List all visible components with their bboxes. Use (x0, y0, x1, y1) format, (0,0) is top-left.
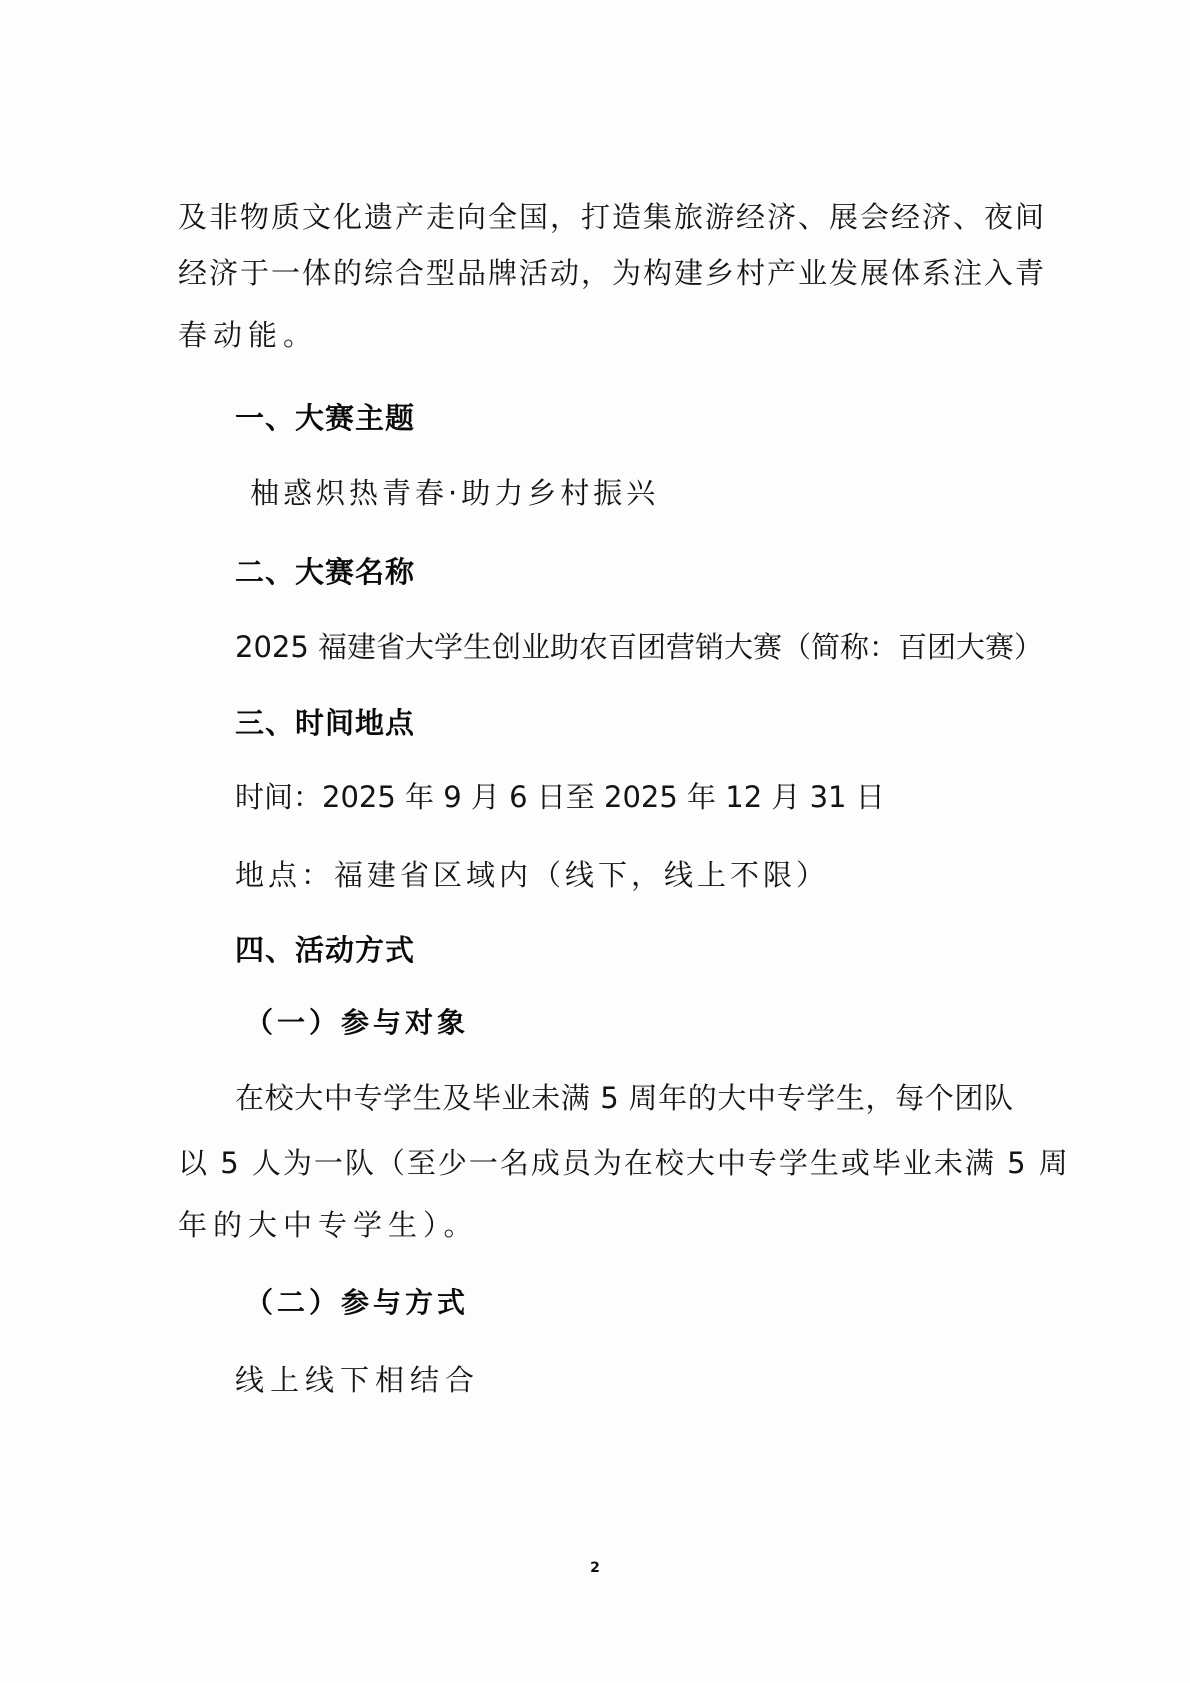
intro-line-1: 及非物质文化遗产走向全国，打造集旅游经济、展会经济、夜间 (178, 197, 1013, 237)
intro-line-3: 春动能。 (178, 315, 318, 355)
intro-line-2: 经济于一体的综合型品牌活动，为构建乡村产业发展体系注入青 (178, 253, 1013, 293)
section-3-time: 时间：2025 年 9 月 6 日至 2025 年 12 月 31 日 (235, 777, 817, 817)
section-2-heading: 二、大赛名称 (235, 552, 415, 592)
section-4-sub-1-heading: （一）参与对象 (245, 1003, 469, 1043)
section-1-heading: 一、大赛主题 (235, 398, 415, 438)
participation-method: 线上线下相结合 (235, 1360, 480, 1400)
participants-line-1: 在校大中专学生及毕业未满 5 周年的大中专学生，每个团队 (235, 1078, 1013, 1118)
section-2-name: 2025 福建省大学生创业助农百团营销大赛（简称：百团大赛） (235, 627, 1017, 667)
section-1-theme: 柚惑炽热青春·助力乡村振兴 (250, 473, 659, 513)
document-page: 及非物质文化遗产走向全国，打造集旅游经济、展会经济、夜间 经济于一体的综合型品牌… (0, 0, 1190, 1683)
participants-line-2: 以 5 人为一队（至少一名成员为在校大中专学生或毕业未满 5 周 (178, 1143, 1013, 1183)
participants-line-3: 年的大中专学生）。 (178, 1205, 479, 1245)
section-3-place: 地点：福建省区域内（线下，线上不限） (235, 855, 829, 895)
section-3-heading: 三、时间地点 (235, 703, 415, 743)
section-4-heading: 四、活动方式 (235, 930, 415, 970)
page-number: 2 (585, 1560, 605, 1576)
section-4-sub-2-heading: （二）参与方式 (245, 1283, 469, 1323)
